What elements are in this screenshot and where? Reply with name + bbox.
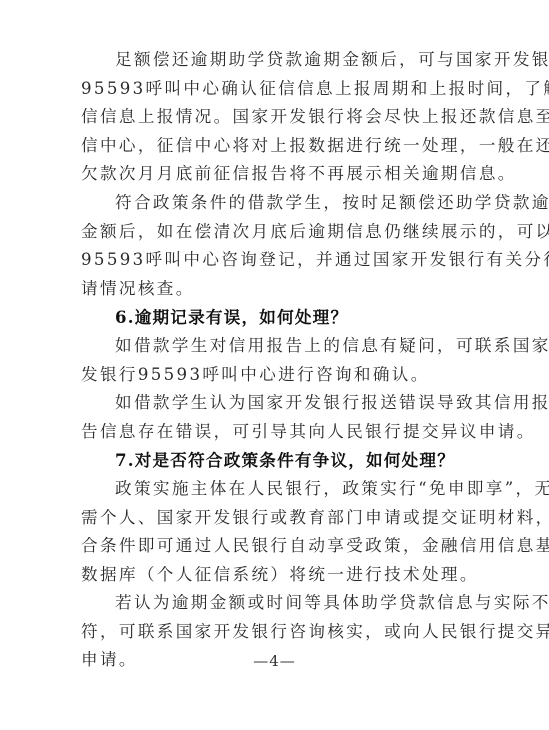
paragraph-line: 欠款次月月底前征信报告将不再展示相关逾期信息。: [81, 160, 446, 189]
section-heading-6: 6.逾期记录有误，如何处理？: [81, 303, 446, 332]
paragraph-line: 若认为逾期金额或时间等具体助学贷款信息与实际不: [81, 589, 446, 618]
paragraph-line: 符，可联系国家开发银行咨询核实，或向人民银行提交异议: [81, 618, 446, 647]
paragraph-line: 政策实施主体在人民银行，政策实行“免申即享”，无: [81, 475, 446, 504]
paragraph-line: 需个人、国家开发银行或教育部门申请或提交证明材料，符: [81, 504, 446, 533]
paragraph-line: 合条件即可通过人民银行自动享受政策，金融信用信息基础: [81, 532, 446, 561]
paragraph-line: 符合政策条件的借款学生，按时足额偿还助学贷款逾期: [81, 189, 446, 218]
section-heading-7: 7.对是否符合政策条件有争议，如何处理？: [81, 446, 446, 475]
paragraph-line: 发银行95593呼叫中心进行咨询和确认。: [81, 361, 446, 390]
paragraph-line: 信信息上报情况。国家开发银行将会尽快上报还款信息至征: [81, 103, 446, 132]
page-number: —4—: [0, 652, 549, 670]
paragraph-line: 95593呼叫中心咨询登记，并通过国家开发银行有关分行申: [81, 246, 446, 275]
paragraph-line: 请情况核查。: [81, 275, 446, 304]
paragraph-line: 数据库（个人征信系统）将统一进行技术处理。: [81, 561, 446, 590]
paragraph-line: 95593呼叫中心确认征信信息上报周期和上报时间，了解征: [81, 75, 446, 104]
paragraph-line: 金额后，如在偿清次月底后逾期信息仍继续展示的，可以向: [81, 218, 446, 247]
paragraph-line: 如借款学生对信用报告上的信息有疑问，可联系国家开: [81, 332, 446, 361]
document-body: 足额偿还逾期助学贷款逾期金额后，可与国家开发银行 95593呼叫中心确认征信信息…: [81, 46, 446, 675]
paragraph-line: 足额偿还逾期助学贷款逾期金额后，可与国家开发银行: [81, 46, 446, 75]
paragraph-line: 告信息存在错误，可引导其向人民银行提交异议申请。: [81, 418, 446, 447]
paragraph-line: 信中心，征信中心将对上报数据进行统一处理，一般在还清: [81, 132, 446, 161]
paragraph-line: 如借款学生认为国家开发银行报送错误导致其信用报: [81, 389, 446, 418]
